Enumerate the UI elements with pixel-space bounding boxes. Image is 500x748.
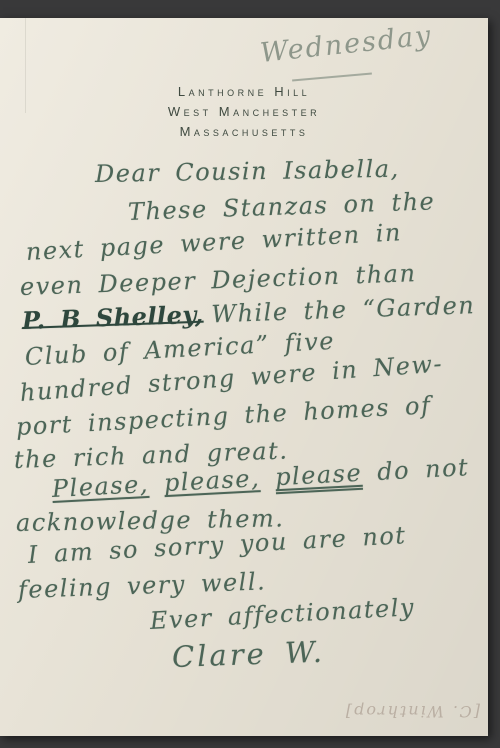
underlined-word: please, [163,464,261,497]
photo-background: Wednesday Lanthorne Hill West Manchester… [0,0,500,748]
letterhead: Lanthorne Hill West Manchester Massachus… [0,82,488,142]
letterhead-town: West Manchester [0,102,488,122]
emphasized-name: P. B Shelley, [21,300,203,335]
double-underlined-word: please [274,459,362,492]
letter-signature: Clare W. [171,635,325,674]
underlined-word: Please, [51,470,149,503]
letterhead-state: Massachusetts [0,122,488,142]
letter-page: Wednesday Lanthorne Hill West Manchester… [0,18,488,736]
letter-line: feeling very well. [18,567,267,604]
letter-line: next page were written in [25,218,402,266]
letter-salutation: Dear Cousin Isabella, [95,155,400,188]
handwritten-date-note: Wednesday [259,20,434,69]
archivist-note: [C. Winthrop] [290,702,480,721]
letter-line-text: do not [377,453,470,486]
letterhead-estate-name: Lanthorne Hill [0,82,488,102]
date-underline [292,73,372,82]
letter-closing: Ever affectionately [149,593,415,635]
letter-line-text: While the “Garden [211,291,476,328]
